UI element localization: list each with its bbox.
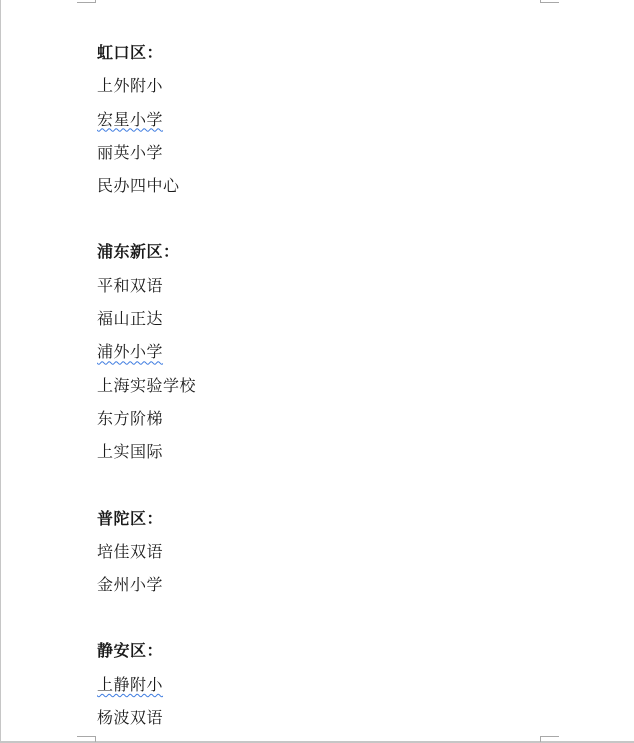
section-putuo: 普陀区： 培佳双语 金州小学 xyxy=(97,506,196,606)
section-hongkou: 虹口区： 上外附小 宏星小学 丽英小学 民办四中心 xyxy=(97,40,196,206)
crop-mark-top-left xyxy=(77,0,96,3)
list-item: 金州小学 xyxy=(97,572,196,605)
section-heading: 静安区： xyxy=(97,638,196,671)
list-item: 丽英小学 xyxy=(97,140,196,173)
list-item-spellcheck[interactable]: 浦外小学 xyxy=(97,342,163,361)
crop-mark-top-right xyxy=(540,0,559,3)
list-item: 上外附小 xyxy=(97,73,196,106)
section-heading: 浦东新区： xyxy=(97,239,196,272)
crop-mark-bottom-left xyxy=(77,736,96,742)
section-pudong: 浦东新区： 平和双语 福山正达 浦外小学 上海实验学校 东方阶梯 上实国际 xyxy=(97,239,196,472)
list-item-spellcheck[interactable]: 上静附小 xyxy=(97,675,163,694)
list-item-spellcheck[interactable]: 宏星小学 xyxy=(97,110,163,129)
list-item: 杨波双语 xyxy=(97,705,196,738)
list-item: 东方阶梯 xyxy=(97,406,196,439)
crop-mark-bottom-right xyxy=(540,736,559,742)
list-item: 培佳双语 xyxy=(97,539,196,572)
list-item: 平和双语 xyxy=(97,273,196,306)
list-item: 上实国际 xyxy=(97,439,196,472)
page-left-edge xyxy=(0,0,1,743)
section-heading: 普陀区： xyxy=(97,506,196,539)
list-item: 上海实验学校 xyxy=(97,373,196,406)
list-item: 福山正达 xyxy=(97,306,196,339)
section-jingan: 静安区： 上静附小 杨波双语 xyxy=(97,638,196,738)
list-item: 民办四中心 xyxy=(97,173,196,206)
document-body[interactable]: 虹口区： 上外附小 宏星小学 丽英小学 民办四中心 浦东新区： 平和双语 福山正… xyxy=(97,40,196,738)
section-heading: 虹口区： xyxy=(97,40,196,73)
